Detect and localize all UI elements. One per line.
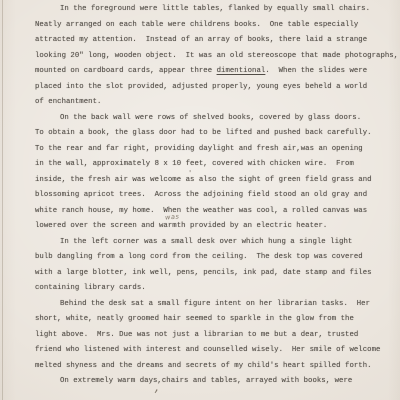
text-segment: . When the slides were	[265, 67, 367, 75]
text-segment: containing library cards.	[35, 284, 146, 292]
text-line: bulb dangling from a long cord from the …	[35, 250, 398, 266]
text-line: melted shyness and the dreams and secret…	[35, 359, 398, 375]
text-segment: On extremely warm days,chairs and tables…	[60, 377, 352, 385]
paper-left-edge	[2, 0, 3, 400]
text-segment: placed into the slot provided, adjusted …	[35, 83, 367, 91]
text-segment: In the foreground were little tables, fl…	[60, 5, 370, 13]
text-segment: In the left corner was a small desk over…	[60, 238, 352, 246]
text-segment: attracted my attention. Instead of an ar…	[35, 36, 367, 44]
text-segment: mounted on cardboard cards, appear three	[35, 67, 217, 75]
text-line: containing library cards.	[35, 281, 398, 297]
underlined-word: dimentional	[217, 67, 266, 75]
text-segment: lowered over the screen and warmth provi…	[35, 222, 327, 230]
text-line: To obtain a book, the glass door had to …	[35, 126, 398, 142]
text-segment: melted shyness and the dreams and secret…	[35, 362, 372, 370]
text-segment: of enchantment.	[35, 98, 101, 106]
text-line: short, white, neatly groomed hair seemed…	[35, 312, 398, 328]
text-line: with a large blotter, ink well, pens, pe…	[35, 266, 398, 282]
text-segment: inside, the fresh air was welcome as als…	[35, 176, 372, 184]
text-line: Neatly arranged on each table were child…	[35, 18, 398, 34]
text-line: On extremely warm days,chairs and tables…	[35, 374, 398, 390]
text-line: lowered over the screen and warmth provi…	[35, 219, 398, 235]
text-segment: in the wall, approximately 8 x 10 feet, …	[35, 160, 354, 168]
text-line: looking 20" long, wooden object. It was …	[35, 49, 398, 65]
text-segment: To obtain a book, the glass door had to …	[35, 129, 372, 137]
text-segment: blossoming apricot trees. Across the adj…	[35, 191, 367, 199]
document-page: In the foreground were little tables, fl…	[0, 0, 400, 400]
text-segment: short, white, neatly groomed hair seemed…	[35, 315, 354, 323]
text-segment: bulb dangling from a long cord from the …	[35, 253, 363, 261]
text-line: light above. Mrs. Due was not just a lib…	[35, 328, 398, 344]
text-line: placed into the slot provided, adjusted …	[35, 80, 398, 96]
text-line: To the rear and far right, providing day…	[35, 142, 398, 158]
text-line: friend who listened with interest and co…	[35, 343, 398, 359]
text-line: inside, the fresh air was welcome as als…	[35, 173, 398, 189]
text-line: Behind the desk sat a small figure inten…	[35, 297, 398, 313]
text-line: white ranch house, my home. When the wea…	[35, 204, 398, 220]
text-line: blossoming apricot trees. Across the adj…	[35, 188, 398, 204]
text-line: mounted on cardboard cards, appear three…	[35, 64, 398, 80]
text-line: On the back wall were rows of shelved bo…	[35, 111, 398, 127]
text-block: In the foreground were little tables, fl…	[35, 2, 398, 390]
text-segment: Behind the desk sat a small figure inten…	[60, 300, 370, 308]
text-segment: looking 20" long, wooden object. It was …	[35, 52, 398, 60]
text-segment: Neatly arranged on each table were child…	[35, 21, 358, 29]
text-segment: On the back wall were rows of shelved bo…	[60, 114, 361, 122]
text-line: of enchantment.	[35, 95, 398, 111]
text-line: attracted my attention. Instead of an ar…	[35, 33, 398, 49]
text-line: In the foreground were little tables, fl…	[35, 2, 398, 18]
text-segment: white ranch house, my home. When the wea…	[35, 207, 367, 215]
text-segment: To the rear and far right, providing day…	[35, 145, 363, 153]
text-line: in the wall, approximately 8 x 10 feet, …	[35, 157, 398, 173]
text-segment: with a large blotter, ink well, pens, pe…	[35, 269, 372, 277]
text-line: In the left corner was a small desk over…	[35, 235, 398, 251]
text-segment: friend who listened with interest and co…	[35, 346, 380, 354]
text-segment: light above. Mrs. Due was not just a lib…	[35, 331, 358, 339]
